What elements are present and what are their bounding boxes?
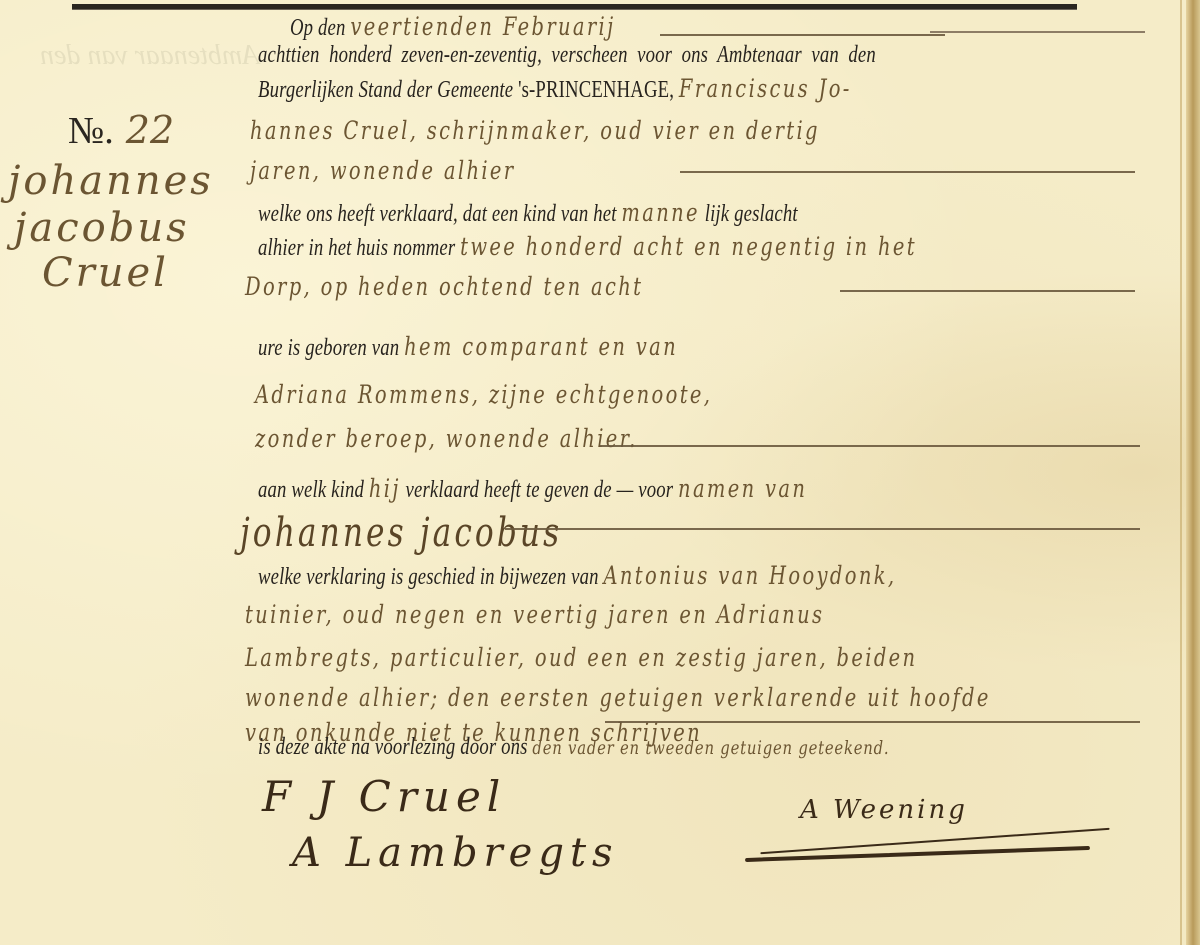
handwritten-names-of: namen van xyxy=(678,474,807,503)
municipality-name: 's-PRINCENHAGE, xyxy=(518,77,674,103)
margin-name-line-3: Cruel xyxy=(42,250,169,296)
body-line-19: is deze akte na voorlezing door ons den … xyxy=(258,734,889,761)
body-line-17: wonende alhier; den eersten getuigen ver… xyxy=(245,683,991,713)
dash: — xyxy=(617,477,634,503)
body-line-11: zonder beroep, wonende alhier. xyxy=(255,424,638,454)
printed-text: ure is geboren van xyxy=(258,335,399,361)
fill-rule-8 xyxy=(840,290,1135,292)
handwritten-mother-details: zonder beroep, wonende alhier. xyxy=(255,424,638,453)
printed-text: welke ons heeft verklaard, dat een kind … xyxy=(258,201,617,227)
body-line-13: johannes jacobus xyxy=(240,510,562,556)
handwritten-pronoun: hij xyxy=(369,474,401,503)
printed-text: voor xyxy=(638,477,673,503)
body-line-3: Burgerlijken Stand der Gemeente 's-PRINC… xyxy=(258,74,852,104)
handwritten-mother: Adriana Rommens, zijne echtgenoote, xyxy=(255,380,712,409)
body-line-6: welke ons heeft verklaard, dat een kind … xyxy=(258,198,798,228)
signature-official: A Weening xyxy=(800,795,968,825)
handwritten-declarant: Franciscus Jo- xyxy=(679,74,852,103)
handwritten-witness-1: Antonius van Hooydonk, xyxy=(603,561,896,590)
fill-rule-1 xyxy=(660,34,945,36)
signature-official-flourish xyxy=(745,846,1090,862)
printed-text: is deze akte na voorlezing door ons xyxy=(258,734,528,760)
handwritten-house-number: twee honderd acht en negentig in het xyxy=(460,232,917,261)
handwritten-witness-2: Lambregts, particulier, oud een en zesti… xyxy=(245,643,917,672)
handwritten-date: veertienden Februarij xyxy=(350,12,615,41)
body-line-8: Dorp, op heden ochtend ten acht xyxy=(245,272,643,302)
body-line-14: welke verklaring is geschied in bijwezen… xyxy=(258,561,896,591)
handwritten-residence: jaren, wonende alhier xyxy=(250,156,515,185)
book-spine xyxy=(1186,0,1200,945)
handwritten-witness-note: wonende alhier; den eersten getuigen ver… xyxy=(245,683,991,712)
body-line-7: alhier in het huis nommer twee honderd a… xyxy=(258,232,917,262)
top-right-rule xyxy=(930,31,1145,33)
printed-text: Op den xyxy=(290,15,346,41)
printed-text: welke verklaring is geschied in bijwezen… xyxy=(258,564,599,590)
spine-fold-line xyxy=(1180,0,1182,945)
signature-witness: A Lambregts xyxy=(292,830,619,876)
handwritten-child-name: johannes jacobus xyxy=(240,510,562,556)
handwritten-declarant-details: hannes Cruel, schrijnmaker, oud vier en … xyxy=(250,116,820,145)
printed-text: verklaard heeft te geven de xyxy=(406,477,612,503)
body-line-2: achttien honderd zeven-en-zeventig, vers… xyxy=(258,42,876,69)
body-line-10: Adriana Rommens, zijne echtgenoote, xyxy=(255,380,712,410)
printed-text: alhier in het huis nommer xyxy=(258,235,455,261)
fill-rule-13 xyxy=(505,528,1140,530)
body-line-16: Lambregts, particulier, oud een en zesti… xyxy=(245,643,917,673)
body-line-12: aan welk kind hij verklaard heeft te gev… xyxy=(258,474,807,504)
printed-text: achttien honderd zeven-en-zeventig, vers… xyxy=(258,42,876,68)
printed-text: aan welk kind xyxy=(258,477,364,503)
margin-name-line-1: johannes xyxy=(8,158,214,204)
body-line-9: ure is geboren van hem comparant en van xyxy=(258,332,678,362)
record-number: №.22 xyxy=(68,108,174,153)
fill-rule-11 xyxy=(600,445,1140,447)
handwritten-signing-note: den vader en tweeden getuigen geteekend. xyxy=(532,737,889,759)
body-line-15: tuinier, oud negen en veertig jaren en A… xyxy=(245,600,824,630)
fill-rule-18 xyxy=(605,721,1140,723)
handwritten-sex: manne xyxy=(621,198,699,227)
printed-text: Burgerlijken Stand der Gemeente xyxy=(258,77,513,103)
printed-text: lijk geslacht xyxy=(705,201,798,227)
handwritten-witness-details: tuinier, oud negen en veertig jaren en A… xyxy=(245,600,824,629)
fill-rule-5 xyxy=(680,171,1135,173)
body-line-4: hannes Cruel, schrijnmaker, oud vier en … xyxy=(250,116,820,146)
handwritten-time: Dorp, op heden ochtend ten acht xyxy=(245,272,643,301)
top-rule xyxy=(72,4,1077,10)
margin-name-line-2: jacobus xyxy=(14,205,190,251)
signature-father: F J Cruel xyxy=(262,772,506,821)
record-number-value: 22 xyxy=(126,108,174,152)
body-line-5: jaren, wonende alhier xyxy=(250,156,515,186)
bleed-through-text: Ambtenaar van den xyxy=(40,40,259,72)
handwritten-parent: hem comparant en van xyxy=(404,332,678,361)
body-line-1: Op den veertienden Februarij xyxy=(290,12,615,42)
number-sign: №. xyxy=(68,110,114,152)
